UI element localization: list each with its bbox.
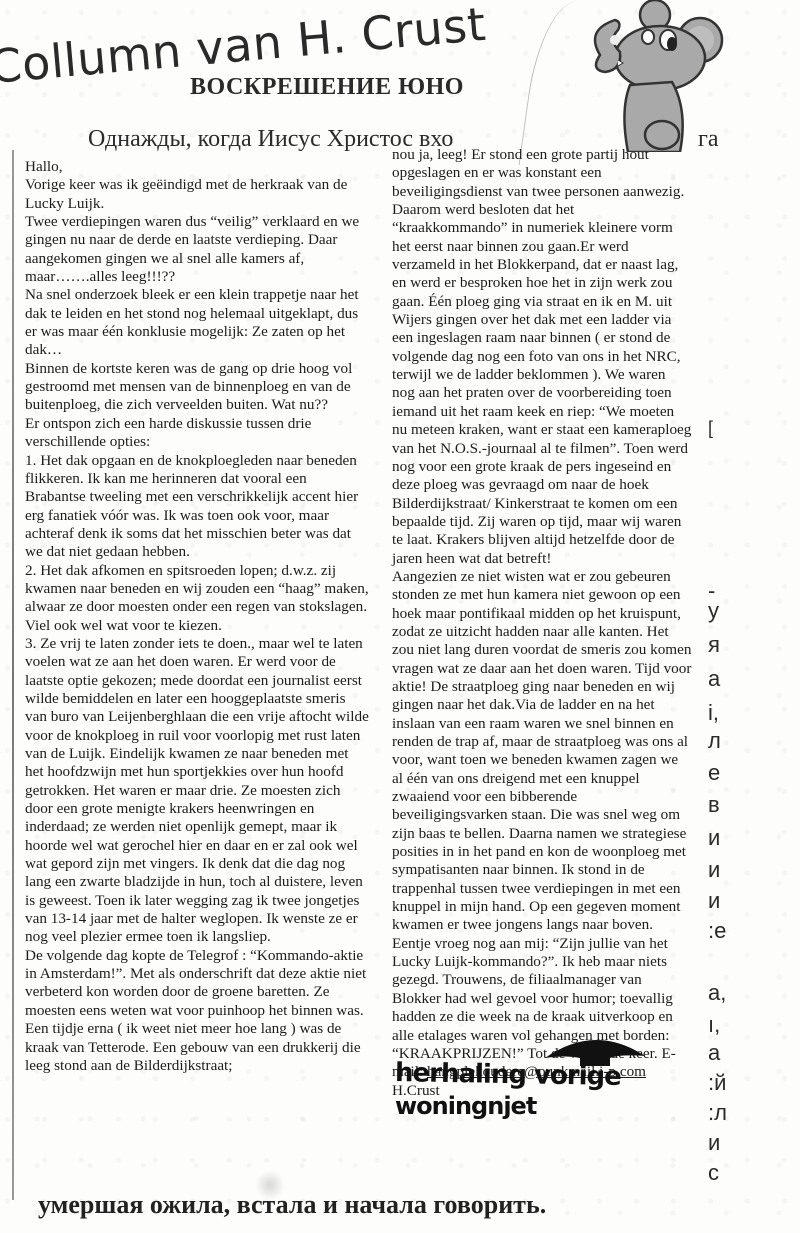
stamp-line-1: herhaling vorige	[395, 1060, 621, 1090]
paragraph: Na snel onderzoek bleek er een klein tra…	[25, 286, 370, 359]
paragraph: nou ja, leeg! Er stond een grote partij …	[392, 146, 692, 568]
margin-letter: :л	[708, 1100, 727, 1126]
paragraph: Er ontspon zich een harde diskussie tuss…	[25, 415, 370, 452]
paragraph: Twee verdiepingen waren dus “veilig” ver…	[25, 213, 370, 286]
margin-letter: с	[708, 1160, 719, 1186]
margin-letter: и	[708, 888, 720, 914]
margin-letter: л	[708, 728, 721, 754]
margin-letter: и	[708, 1130, 720, 1156]
article-right-column: nou ja, leeg! Er stond een grote partij …	[392, 146, 692, 1100]
margin-letter: :й	[708, 1070, 726, 1096]
margin-letter: і,	[708, 700, 719, 726]
mouse-icon	[560, 0, 730, 152]
paragraph: 3. Ze vrij te laten zonder iets te doen.…	[25, 635, 370, 947]
margin-letter: и	[708, 825, 720, 851]
paragraph: Vorige keer was ik geëindigd met de herk…	[25, 176, 370, 213]
margin-mark: [	[708, 418, 713, 439]
background-cyrillic-heading: ВОСКРЕШЕНИЕ ЮНО	[190, 74, 464, 101]
article-left-column: Hallo, Vorige keer was ik geëindigd met …	[25, 158, 370, 1075]
column-rule	[12, 150, 14, 1200]
paragraph: Binnen de kortste keren was de gang op d…	[25, 360, 370, 415]
handwritten-stamp: herhaling vorige woningnjet	[395, 1062, 621, 1118]
margin-letter: ı,	[708, 1012, 720, 1038]
paragraph: Aangezien ze niet wisten wat er zou gebe…	[392, 568, 692, 1045]
margin-letter: в	[708, 792, 720, 818]
margin-letter: е	[708, 760, 720, 786]
margin-letter: а	[708, 666, 720, 692]
background-cyrillic-footer: умершая ожила, встала и начала говорить.	[38, 1190, 546, 1220]
margin-letter: а	[708, 1040, 720, 1066]
margin-letter: :е	[708, 918, 726, 944]
paragraph: De volgende dag kopte de Telegrof : “Kom…	[25, 947, 370, 1075]
margin-letter: у	[708, 598, 719, 624]
paragraph: Hallo,	[25, 158, 370, 176]
margin-letter: и	[708, 857, 720, 883]
paragraph: 1. Het dak opgaan en de knokploegleden n…	[25, 452, 370, 562]
margin-letter: а,	[708, 980, 726, 1006]
paragraph: 2. Het dak afkomen en spitsroeden lopen;…	[25, 562, 370, 635]
margin-letter: я	[708, 632, 720, 658]
stamp-line-2: woningnjet	[395, 1094, 621, 1118]
